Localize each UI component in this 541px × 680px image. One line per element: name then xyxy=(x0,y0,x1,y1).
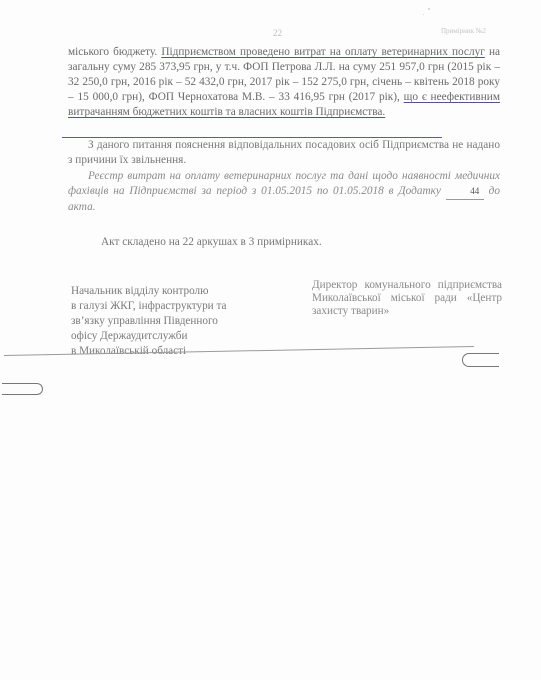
scanned-document-page: 22 Примірник №2 міського бюджету. Підпри… xyxy=(0,0,541,680)
signature-line: зв’язку управління Південного xyxy=(71,314,271,329)
scan-speck xyxy=(423,14,424,15)
underlined-finding: Підприємством проведено витрат на оплату… xyxy=(161,46,485,58)
paragraph-register: Реєстр витрат на оплату ветеринарних пос… xyxy=(68,169,500,215)
scan-speck xyxy=(428,8,430,10)
signature-line: Начальник відділу контролю xyxy=(71,284,271,299)
paragraph-explanation: З даного питання пояснення відповідальни… xyxy=(68,138,500,168)
signature-line: в галузі ЖКГ, інфраструктури та xyxy=(71,299,271,314)
paragraph-expenses: міського бюджету. Підприємством проведен… xyxy=(68,45,500,120)
signature-block-director: Директор комунального підприємства Микол… xyxy=(312,279,502,318)
signature-block-auditor: Начальник відділу контролю в галузі ЖКГ,… xyxy=(71,284,271,359)
paragraph-text: Реєстр витрат на оплату ветеринарних пос… xyxy=(68,170,500,197)
paperclip-icon xyxy=(462,353,499,367)
act-statement: Акт складено на 22 аркушах в 3 примірник… xyxy=(101,236,322,248)
signature-line: офісу Держаудитслужби xyxy=(71,329,271,344)
page-number: 22 xyxy=(273,28,282,38)
copy-label: Примірник №2 xyxy=(441,27,486,35)
paragraph-text: міського бюджету. xyxy=(68,46,161,58)
handwritten-appendix-number: 44 xyxy=(446,184,484,200)
paperclip-icon xyxy=(2,383,43,395)
